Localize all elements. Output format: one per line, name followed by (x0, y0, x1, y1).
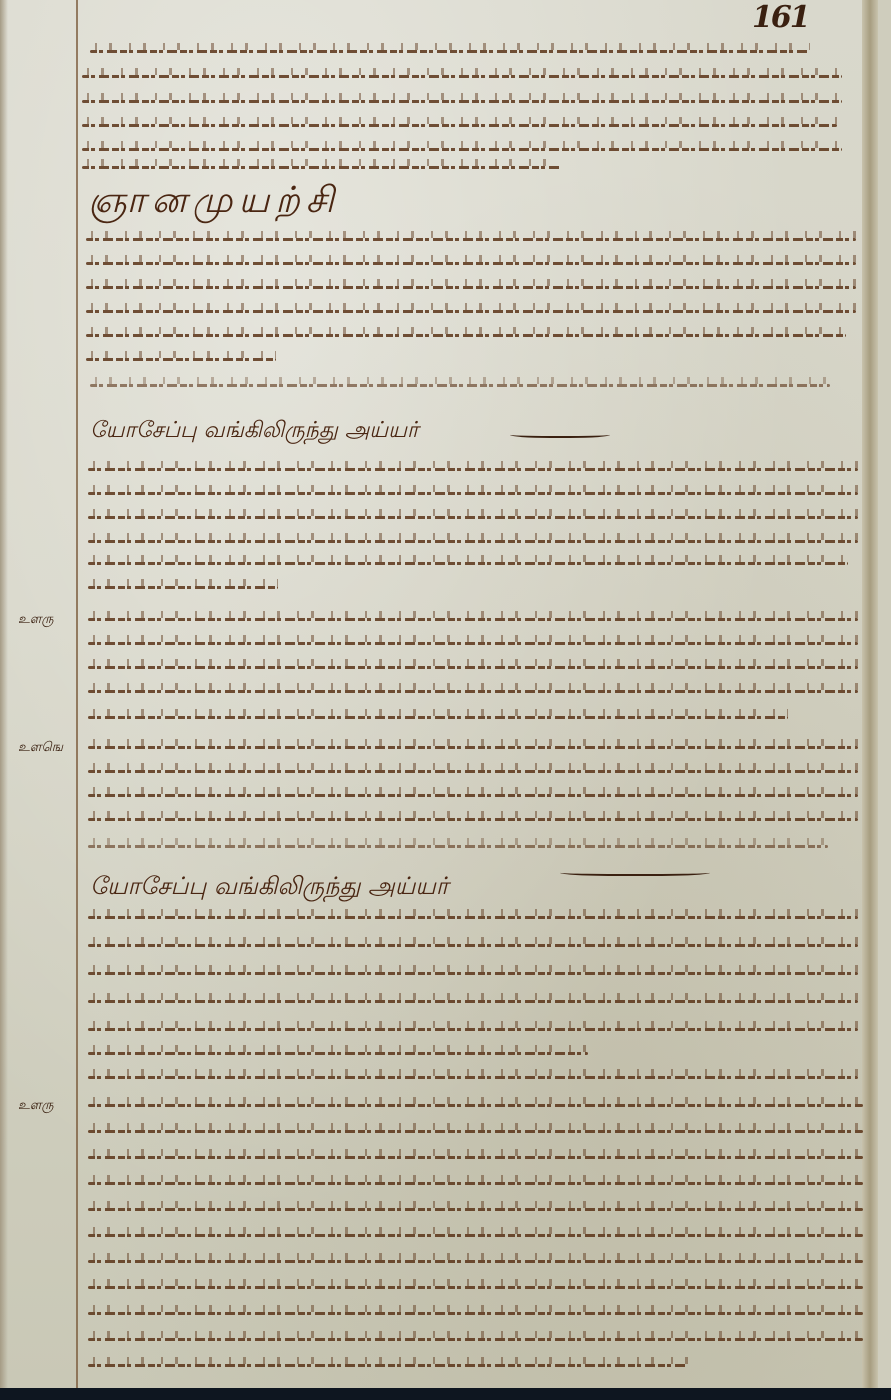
text-line (88, 1338, 863, 1341)
text-line (88, 770, 858, 773)
text-line (88, 1156, 863, 1159)
text-line (88, 1286, 863, 1289)
text-line (88, 690, 858, 693)
text-line (88, 1076, 858, 1079)
section-heading-2: யோசேப்பு வங்கிலிருந்து அய்யர் (90, 872, 448, 903)
text-line (88, 1000, 858, 1003)
text-line (90, 50, 810, 53)
text-line (88, 562, 848, 565)
margin-note-2: உளஙெ (18, 740, 63, 756)
text-line (88, 540, 858, 543)
text-line (88, 1364, 688, 1367)
underline-flourish (510, 430, 610, 438)
text-line (82, 75, 842, 78)
adjacent-page-edge (878, 0, 891, 1390)
text-line (88, 746, 858, 749)
text-line (88, 642, 858, 645)
text-line (88, 618, 858, 621)
text-line (82, 100, 842, 103)
binding-gutter (862, 0, 878, 1390)
margin-rule (76, 0, 78, 1390)
text-line (86, 238, 856, 241)
text-line (86, 262, 856, 265)
text-line (82, 124, 837, 127)
text-line (82, 166, 562, 169)
text-line (88, 1182, 863, 1185)
text-line (88, 1260, 863, 1263)
text-line (88, 716, 788, 719)
text-line (88, 586, 278, 589)
text-line (88, 516, 858, 519)
text-line (86, 310, 856, 313)
text-line (88, 1104, 863, 1107)
text-line (88, 1234, 863, 1237)
text-line (86, 286, 856, 289)
text-line (88, 916, 858, 919)
text-line (88, 944, 858, 947)
text-line (88, 1208, 863, 1211)
text-line (86, 334, 846, 337)
text-line (88, 492, 858, 495)
text-line (88, 666, 858, 669)
manuscript-page: 161 ஞானமுயற்சி யோசேப்பு வங்கிலிருந்து அய… (0, 0, 891, 1390)
text-line (88, 972, 858, 975)
underline-flourish (560, 868, 710, 876)
margin-note-1: உளரு (18, 612, 54, 628)
folio-number: 161 (752, 0, 809, 35)
text-line (88, 1052, 588, 1055)
margin-note-3: உளரு (18, 1098, 54, 1114)
page-left-edge (0, 0, 8, 1390)
text-line (88, 468, 858, 471)
text-line (86, 358, 276, 361)
text-line (88, 818, 858, 821)
text-line (90, 384, 830, 387)
text-line (88, 845, 828, 848)
text-line (82, 148, 842, 151)
title-heading: ஞானமுயற்சி (88, 180, 340, 226)
text-line (88, 794, 858, 797)
section-heading-1: யோசேப்பு வங்கிலிருந்து அய்யர் (90, 418, 419, 446)
text-line (88, 1312, 863, 1315)
text-line (88, 1130, 863, 1133)
text-line (88, 1028, 858, 1031)
